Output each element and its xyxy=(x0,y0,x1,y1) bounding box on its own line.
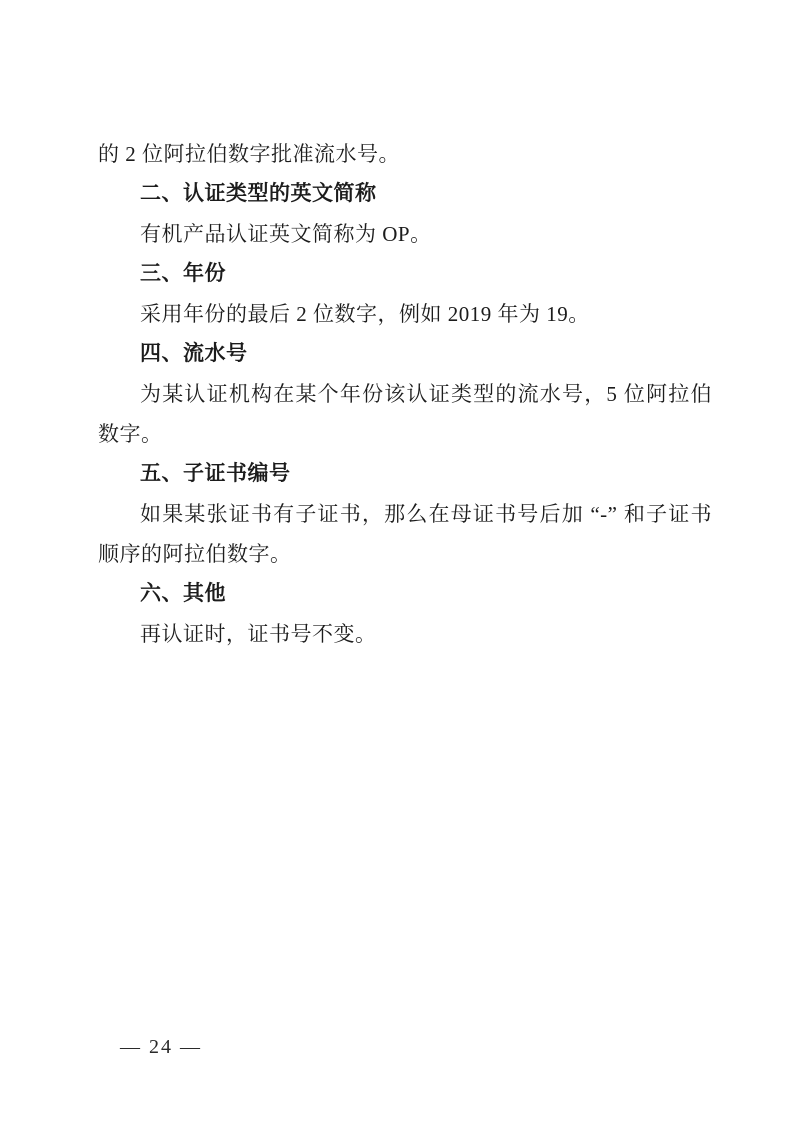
section-heading-other: 六、其他 xyxy=(98,574,712,614)
document-body: 的 2 位阿拉伯数字批准流水号。 二、认证类型的英文简称 有机产品认证英文简称为… xyxy=(98,134,712,654)
section-heading-cert-type-abbr: 二、认证类型的英文简称 xyxy=(98,174,712,214)
section-heading-serial-number: 四、流水号 xyxy=(98,334,712,374)
page-number: — 24 — xyxy=(120,1032,202,1062)
paragraph-continuation: 的 2 位阿拉伯数字批准流水号。 xyxy=(98,134,712,174)
section-paragraph: 再认证时，证书号不变。 xyxy=(98,614,712,654)
section-paragraph: 为某认证机构在某个年份该认证类型的流水号，5 位阿拉伯数字。 xyxy=(98,374,712,454)
document-page: 的 2 位阿拉伯数字批准流水号。 二、认证类型的英文简称 有机产品认证英文简称为… xyxy=(0,0,800,1126)
section-paragraph: 有机产品认证英文简称为 OP。 xyxy=(98,214,712,254)
section-paragraph: 采用年份的最后 2 位数字，例如 2019 年为 19。 xyxy=(98,294,712,334)
section-paragraph: 如果某张证书有子证书，那么在母证书号后加 “-” 和子证书顺序的阿拉伯数字。 xyxy=(98,494,712,574)
section-heading-year: 三、年份 xyxy=(98,254,712,294)
section-heading-sub-certificate-number: 五、子证书编号 xyxy=(98,454,712,494)
